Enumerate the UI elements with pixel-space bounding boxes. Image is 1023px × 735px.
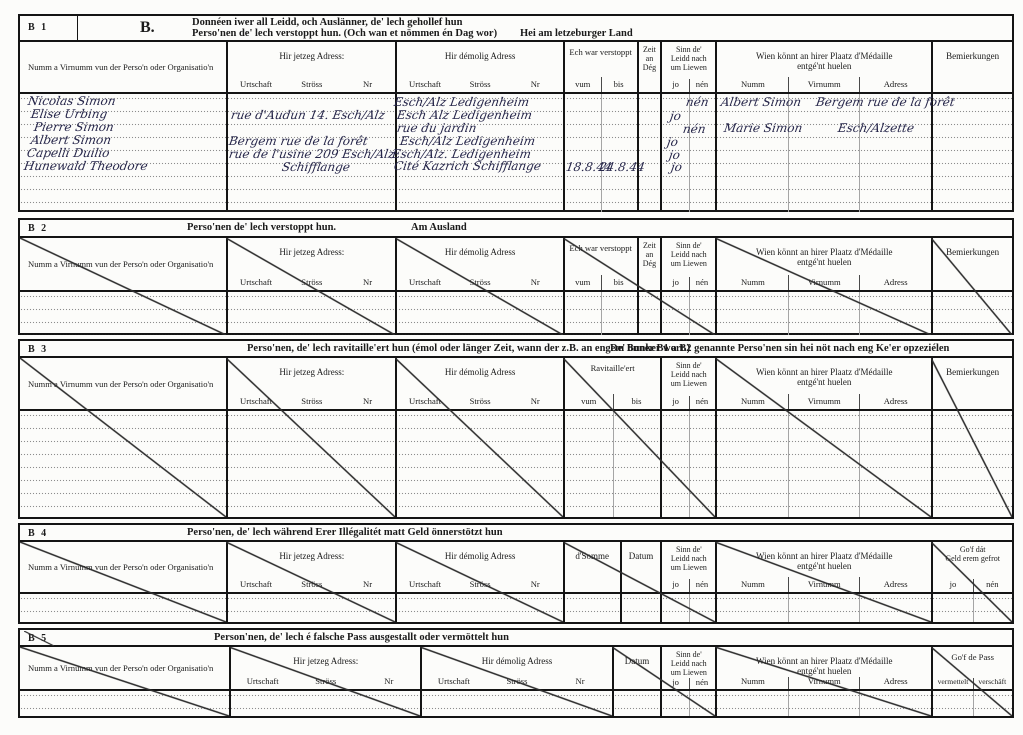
col-header-supplied-period: Ravitaille'ert vum bis	[563, 358, 661, 409]
col-header-alive: Sinn de' Leidd nach um Liewen jo nén	[660, 238, 715, 290]
divider	[601, 77, 602, 92]
sub-nr: Nr	[508, 579, 563, 589]
body-col-name	[20, 292, 226, 335]
col-label: Zeit an Dég	[639, 42, 661, 72]
col-label: Hir démolig Adress	[397, 238, 562, 257]
section-b2: B 2 Perso'nen de' lech verstoppt hun. Am…	[18, 218, 1014, 335]
sub-nen: nén	[689, 277, 715, 287]
sub-virnumm: Virnumm	[789, 676, 860, 686]
divider	[859, 594, 860, 622]
section-b4: B 4 Perso'nen, de' lech während Erer Ill…	[18, 523, 1014, 624]
col-header-remarks: Bemierkungen	[931, 358, 1012, 409]
body-col-money-returned	[931, 594, 1012, 622]
sub-virnumm: Virnumm	[789, 579, 860, 589]
sub-urtschaft: Urtschaft	[397, 277, 452, 287]
divider	[788, 394, 789, 409]
sub-urtschaft: Urtschaft	[228, 79, 284, 89]
sinn-line3: um Liewen	[662, 63, 715, 72]
divider	[859, 77, 860, 92]
sub-adress: Adress	[860, 579, 931, 589]
section-title: Perso'nen de' lech verstoppt hun.	[187, 222, 336, 233]
body-col-medal-recipient	[715, 94, 931, 212]
sinn-line2: Leidd nach	[662, 54, 715, 63]
col-label: Zeit an Dég	[639, 238, 661, 268]
sub-adress: Adress	[860, 396, 931, 406]
col-header-current-address: Hir jetzeg Adress: Urtschaft Ströss Nr	[226, 42, 395, 92]
col-header-pass-provided: Go'f de Pass vermettelt verschäft	[931, 647, 1012, 689]
handwritten-alive-no: nén	[682, 123, 706, 135]
body-col-alive	[660, 691, 715, 716]
handwritten-current-address: rue d'Audun 14. Esch/Alz	[230, 109, 386, 121]
col-label: Go'f de Pass	[933, 647, 1012, 662]
divider	[859, 94, 860, 212]
sub-nr: Nr	[549, 676, 612, 686]
handwritten-alive-yes: jo	[669, 110, 682, 122]
col-header-medal-recipient: Wien könnt an hirer Plaatz d'Médaille en…	[715, 647, 931, 689]
col-label: Hir jetzeg Adress:	[228, 42, 395, 61]
section-title-line1: Donnéen iwer all Leidd, och Auslänner, d…	[192, 17, 462, 28]
sub-nr: Nr	[340, 79, 396, 89]
col-header-name: Numm a Virnumm vun der Perso'n oder Orga…	[20, 647, 229, 689]
wien-line2: entgé'nt huelen	[717, 377, 931, 387]
body-col-days	[637, 94, 661, 212]
body-col-medal-recipient	[715, 292, 931, 335]
sub-numm: Numm	[717, 277, 788, 287]
col-sublabels: Urtschaft Ströss Nr	[397, 579, 562, 592]
scanned-form-page: B 1 B. Donnéen iwer all Leidd, och Auslä…	[0, 0, 1023, 735]
col-header-name: Numm a Virnumm vun der Perso'n oder Orga…	[20, 542, 226, 592]
sub-bis: bis	[601, 79, 637, 89]
col-label: Numm a Virnumm vun der Perso'n oder Orga…	[20, 358, 226, 409]
sub-jo: jo	[662, 677, 688, 687]
col-header-medal-recipient: Wien könnt an hirer Plaatz d'Médaille en…	[715, 42, 931, 92]
col-sublabels: Urtschaft Ströss Nr	[228, 79, 395, 92]
body-col-former-address	[395, 594, 562, 622]
col-label: Wien könnt an hirer Plaatz d'Médaille en…	[717, 647, 931, 676]
col-label: Hir jetzeg Adress:	[231, 647, 420, 666]
col-sublabels: Urtschaft Ströss Nr	[228, 277, 395, 290]
col-label: Hir démolig Adress	[397, 358, 562, 377]
b2-body	[20, 292, 1012, 335]
divider	[788, 577, 789, 592]
sinn-line3: um Liewen	[662, 668, 715, 677]
body-col-remarks	[931, 292, 1012, 335]
body-col-medal-recipient	[715, 594, 931, 622]
section-label: B 2	[28, 223, 48, 234]
divider	[601, 94, 602, 212]
divider	[973, 594, 974, 622]
wien-line2: entgé'nt huelen	[717, 561, 931, 571]
zeit-line1: Zeit	[639, 241, 661, 250]
section-subtitle: Am Ausland	[411, 222, 467, 233]
body-col-remarks	[931, 411, 1012, 517]
col-label: Hir jetzeg Adress:	[228, 358, 395, 377]
body-col-current-address	[226, 292, 395, 335]
sub-urtschaft: Urtschaft	[397, 396, 452, 406]
col-label: Wien könnt an hirer Plaatz d'Médaille en…	[717, 238, 931, 267]
sub-vermettelt: vermettelt	[933, 677, 972, 686]
divider	[973, 691, 974, 716]
wien-line1: Wien könnt an hirer Plaatz d'Médaille	[717, 551, 931, 561]
col-label: Ech war verstoppt	[565, 238, 637, 253]
handwritten-current-address: rue de l'usine 209 Esch/Alz	[228, 148, 395, 160]
col-header-medal-recipient: Wien könnt an hirer Plaatz d'Médaille en…	[715, 238, 931, 290]
body-col-alive	[660, 411, 715, 517]
col-label: Numm a Virnumm vun der Perso'n oder Orga…	[20, 647, 229, 689]
gof-line1: Go'f dát	[933, 545, 1012, 554]
sub-nr: Nr	[357, 676, 420, 686]
b4-body	[20, 594, 1012, 622]
col-label: Sinn de' Leidd nach um Liewen	[662, 647, 715, 677]
divider	[689, 594, 690, 622]
col-label: Hir démolig Adress	[397, 42, 562, 61]
col-header-former-address: Hir démolig Adress Urtschaft Ströss Nr	[395, 358, 562, 409]
divider	[689, 79, 690, 92]
section-b1: B 1 B. Donnéen iwer all Leidd, och Auslä…	[18, 14, 1014, 212]
section-b2-titlebar: B 2 Perso'nen de' lech verstoppt hun. Am…	[20, 220, 1012, 238]
sub-vum: vum	[565, 396, 613, 406]
col-sublabels: Urtschaft Ströss Nr	[397, 79, 562, 92]
sub-adress: Adress	[860, 277, 931, 287]
col-sublabels: Numm Virnumm Adress	[717, 579, 931, 592]
wien-line2: entgé'nt huelen	[717, 666, 931, 676]
sub-bis: bis	[601, 277, 637, 287]
col-sublabels: Urtschaft Ströss Nr	[422, 676, 611, 689]
col-label: Sinn de' Leidd nach um Liewen	[662, 42, 715, 72]
sub-stross: Ströss	[284, 277, 340, 287]
divider	[613, 394, 614, 409]
section-b1-titlebar: B 1 B. Donnéen iwer all Leidd, och Auslä…	[20, 16, 1012, 42]
handwritten-name: Capelli Duilio	[26, 147, 110, 159]
sub-nr: Nr	[340, 277, 396, 287]
zeit-line3: Dég	[639, 259, 661, 268]
col-header-days: Zeit an Dég	[637, 42, 661, 92]
b5-body	[20, 691, 1012, 716]
col-header-current-address: Hir jetzeg Adress: Urtschaft Ströss Nr	[229, 647, 420, 689]
col-header-alive: Sinn de' Leidd nach um Liewen jo nén	[660, 358, 715, 409]
col-header-former-address: Hir démolig Adress Urtschaft Ströss Nr	[395, 238, 562, 290]
col-header-name: Numm a Virnumm vun der Perso'n oder Orga…	[20, 358, 226, 409]
divider	[613, 411, 614, 517]
col-header-former-address: Hir démolig Adress Urtschaft Ströss Nr	[395, 542, 562, 592]
section-b5-titlebar: B 5 Person'nen, de' lech é falsche Pass …	[20, 630, 1012, 647]
handwritten-current-address: Schifflange	[281, 161, 351, 173]
sub-stross: Ströss	[485, 676, 548, 686]
b3-header-row: Numm a Virnumm vun der Perso'n oder Orga…	[20, 358, 1012, 411]
divider	[689, 678, 690, 689]
section-title: Perso'nen, de' lech während Erer Illégal…	[187, 527, 503, 538]
sub-vum: vum	[565, 79, 601, 89]
sub-urtschaft: Urtschaft	[397, 579, 452, 589]
body-col-medal-recipient	[715, 411, 931, 517]
gof-line2: Geld erem gefrot	[933, 554, 1012, 563]
col-header-amount: d'Somme	[563, 542, 620, 592]
divider	[859, 691, 860, 716]
sub-stross: Ströss	[284, 579, 340, 589]
divider	[77, 16, 78, 40]
handwritten-former-address: rue du jardin	[396, 122, 477, 134]
sub-stross: Ströss	[294, 676, 357, 686]
handwritten-name: Pierre Simon	[33, 121, 115, 133]
b5-header-row: Numm a Virnumm vun der Perso'n oder Orga…	[20, 647, 1012, 691]
col-sublabels: Urtschaft Ströss Nr	[397, 396, 562, 409]
sub-bis: bis	[613, 396, 661, 406]
col-label: d'Somme	[565, 542, 620, 561]
body-col-name	[20, 594, 226, 622]
sub-numm: Numm	[717, 676, 788, 686]
col-label: Bemierkungen	[933, 238, 1012, 257]
sinn-line2: Leidd nach	[662, 370, 715, 379]
b4-header-row: Numm a Virnumm vun der Perso'n oder Orga…	[20, 542, 1012, 594]
b1-header-row: Numm a Virnumm vun der Perso'n oder Orga…	[20, 42, 1012, 94]
sub-jo: jo	[662, 277, 688, 287]
col-sublabels: Numm Virnumm Adress	[717, 277, 931, 290]
sub-nr: Nr	[508, 79, 563, 89]
body-col-amount	[563, 594, 620, 622]
handwritten-medal-address: Bergem rue de la forêt	[815, 96, 956, 108]
divider	[788, 275, 789, 290]
col-label: Ravitaille'ert	[565, 358, 661, 373]
section-letter: B.	[140, 19, 155, 37]
sub-jo: jo	[662, 396, 688, 406]
wien-line1: Wien könnt an hirer Plaatz d'Médaille	[717, 51, 931, 61]
sub-virnumm: Virnumm	[789, 79, 860, 89]
col-sublabels: Numm Virnumm Adress	[717, 396, 931, 409]
col-label: Datum	[622, 542, 661, 561]
sub-nr: Nr	[508, 396, 563, 406]
col-header-name: Numm a Virnumm vun der Perso'n oder Orga…	[20, 238, 226, 290]
col-header-hidden-period: Ech war verstoppt vum bis	[563, 42, 637, 92]
col-header-current-address: Hir jetzeg Adress: Urtschaft Ströss Nr	[226, 358, 395, 409]
col-label: Ech war verstoppt	[565, 42, 637, 57]
sinn-line2: Leidd nach	[662, 554, 715, 563]
col-label: Wien könnt an hirer Plaatz d'Médaille en…	[717, 358, 931, 387]
sub-adress: Adress	[860, 676, 931, 686]
wien-line2: entgé'nt huelen	[717, 257, 931, 267]
section-title-line2: Perso'nen de' lech verstoppt hun. (Och w…	[192, 28, 497, 39]
section-note: De' önner B1 a B2 genannte Perso'nen sin…	[610, 343, 949, 354]
divider	[859, 394, 860, 409]
divider	[859, 577, 860, 592]
divider	[788, 292, 789, 335]
section-label: B 3	[28, 344, 48, 355]
handwritten-date-to: 24.8.44	[598, 161, 646, 173]
sub-urtschaft: Urtschaft	[397, 79, 452, 89]
col-header-name: Numm a Virnumm vun der Perso'n oder Orga…	[20, 42, 226, 92]
col-label: Wien könnt an hirer Plaatz d'Médaille en…	[717, 42, 931, 71]
col-header-hidden-period: Ech war verstoppt vum bis	[563, 238, 637, 290]
sinn-line2: Leidd nach	[662, 659, 715, 668]
body-col-days	[637, 292, 661, 335]
sinn-line1: Sinn de'	[662, 650, 715, 659]
col-header-date: Datum	[612, 647, 661, 689]
sub-jo: jo	[662, 79, 688, 89]
wien-line1: Wien könnt an hirer Plaatz d'Médaille	[717, 247, 931, 257]
col-label: Numm a Virnumm vun der Perso'n oder Orga…	[20, 542, 226, 592]
section-title-line3: Hei am letzeburger Land	[520, 28, 633, 39]
divider	[859, 292, 860, 335]
col-sublabels: Urtschaft Ströss Nr	[231, 676, 420, 689]
sub-nen: nén	[689, 579, 715, 589]
handwritten-name: Elise Urbing	[30, 108, 108, 120]
divider	[601, 292, 602, 335]
handwritten-former-address: Cité Kazrich Schifflange	[393, 160, 542, 172]
body-col-hidden-period	[563, 94, 637, 212]
handwritten-medal-name: Albert Simon	[720, 96, 802, 108]
b3-body	[20, 411, 1012, 517]
section-b3-titlebar: B 3 Perso'nen, de' lech ravitaille'ert h…	[20, 341, 1012, 358]
sinn-line3: um Liewen	[662, 563, 715, 572]
handwritten-current-address: Bergem rue de la forêt	[228, 135, 369, 147]
body-col-alive	[660, 292, 715, 335]
col-label: Numm a Virnumm vun der Perso'n oder Orga…	[20, 42, 226, 92]
sub-nen: nén	[689, 677, 715, 687]
section-label: B 4	[28, 528, 48, 539]
wien-line1: Wien könnt an hirer Plaatz d'Médaille	[717, 367, 931, 377]
handwritten-medal-name: Marie Simon	[723, 122, 803, 134]
col-sublabels: Urtschaft Ströss Nr	[228, 396, 395, 409]
handwritten-name: Hunewald Theodore	[23, 160, 148, 172]
col-header-current-address: Hir jetzeg Adress: Urtschaft Ströss Nr	[226, 238, 395, 290]
col-label: Sinn de' Leidd nach um Liewen	[662, 358, 715, 388]
sub-stross: Ströss	[284, 396, 340, 406]
col-header-alive: Sinn de' Leidd nach um Liewen jo nén	[660, 42, 715, 92]
sinn-line1: Sinn de'	[662, 241, 715, 250]
divider	[788, 677, 789, 689]
sub-numm: Numm	[717, 79, 788, 89]
col-label: Numm a Virnumm vun der Perso'n oder Orga…	[20, 238, 226, 290]
zeit-line3: Dég	[639, 63, 661, 72]
body-col-name	[20, 691, 229, 716]
section-label: B 5	[28, 633, 48, 644]
body-col-pass-provided	[931, 691, 1012, 716]
body-col-former-address	[395, 411, 562, 517]
sub-urtschaft: Urtschaft	[231, 676, 294, 686]
body-col-remarks	[931, 94, 1012, 212]
divider	[859, 275, 860, 290]
sinn-line1: Sinn de'	[662, 545, 715, 554]
sinn-line3: um Liewen	[662, 379, 715, 388]
wien-line1: Wien könnt an hirer Plaatz d'Médaille	[717, 656, 931, 666]
sub-stross: Ströss	[453, 579, 508, 589]
divider	[788, 94, 789, 212]
col-label: Hir démolig Adress	[397, 542, 562, 561]
section-b3: B 3 Perso'nen, de' lech ravitaille'ert h…	[18, 339, 1014, 519]
sinn-line3: um Liewen	[662, 259, 715, 268]
handwritten-former-address: Esch Alz Ledigenheim	[396, 109, 533, 121]
sub-nr: Nr	[340, 396, 396, 406]
sub-nen: nén	[973, 579, 1012, 589]
col-sublabels: Numm Virnumm Adress	[717, 676, 931, 689]
sub-urtschaft: Urtschaft	[228, 277, 284, 287]
sub-virnumm: Virnumm	[789, 277, 860, 287]
sub-numm: Numm	[717, 579, 788, 589]
divider	[973, 579, 974, 592]
handwritten-name: Albert Simon	[30, 134, 112, 146]
section-b5: B 5 Person'nen, de' lech é falsche Pass …	[18, 628, 1014, 718]
sub-virnumm: Virnumm	[789, 396, 860, 406]
handwritten-alive-yes: jo	[666, 136, 679, 148]
sub-nen: nén	[689, 396, 715, 406]
divider	[859, 677, 860, 689]
col-label: Wien könnt an hirer Plaatz d'Médaille en…	[717, 542, 931, 571]
sinn-line1: Sinn de'	[662, 45, 715, 54]
sub-stross: Ströss	[453, 79, 508, 89]
col-label: Sinn de' Leidd nach um Liewen	[662, 238, 715, 268]
zeit-line1: Zeit	[639, 45, 661, 54]
body-col-former-address	[395, 292, 562, 335]
zeit-line2: an	[639, 54, 661, 63]
col-header-former-address: Hir démolig Adress Urtschaft Ströss Nr	[395, 42, 562, 92]
col-label: Sinn de' Leidd nach um Liewen	[662, 542, 715, 572]
section-label: B 1	[28, 22, 48, 33]
handwritten-former-address: Esch/Alz Ledigenheim	[393, 96, 530, 108]
sub-stross: Ströss	[453, 277, 508, 287]
col-header-alive: Sinn de' Leidd nach um Liewen jo nén	[660, 647, 715, 689]
divider	[601, 275, 602, 290]
sub-stross: Ströss	[284, 79, 340, 89]
zeit-line2: an	[639, 250, 661, 259]
col-header-current-address: Hir jetzeg Adress: Urtschaft Ströss Nr	[226, 542, 395, 592]
sub-nr: Nr	[508, 277, 563, 287]
body-col-current-address	[226, 594, 395, 622]
col-header-date: Datum	[620, 542, 661, 592]
col-label: Bemierkungen	[933, 42, 1012, 61]
col-header-remarks: Bemierkungen	[931, 42, 1012, 92]
body-col-hidden-period	[563, 292, 637, 335]
body-col-name	[20, 411, 226, 517]
b1-body: Nicolas Simon Elise Urbing Pierre Simon …	[20, 94, 1012, 212]
handwritten-name: Nicolas Simon	[27, 95, 117, 107]
handwritten-medal-address: Esch/Alzette	[837, 122, 915, 134]
body-col-current-address	[229, 691, 420, 716]
body-col-medal-recipient	[715, 691, 931, 716]
col-sublabels: Numm Virnumm Adress	[717, 79, 931, 92]
col-header-remarks: Bemierkungen	[931, 238, 1012, 290]
sub-jo: jo	[662, 579, 688, 589]
divider	[689, 579, 690, 592]
col-label: Datum	[614, 647, 661, 666]
body-col-date	[620, 594, 661, 622]
section-title: Person'nen, de' lech é falsche Pass ausg…	[214, 632, 509, 643]
handwritten-former-address: Esch/Alz Ledigenheim	[399, 135, 536, 147]
col-header-former-address: Hir démolig Adress Urtschaft Ströss Nr	[420, 647, 611, 689]
divider	[973, 678, 974, 689]
col-label: Go'f dát Geld erem gefrot	[933, 542, 1012, 563]
divider	[788, 594, 789, 622]
divider	[859, 411, 860, 517]
col-label: Hir jetzeg Adress:	[228, 542, 395, 561]
col-label: Hir jetzeg Adress:	[228, 238, 395, 257]
col-sublabels: Urtschaft Ströss Nr	[397, 277, 562, 290]
body-col-alive	[660, 594, 715, 622]
col-header-medal-recipient: Wien könnt an hirer Plaatz d'Médaille en…	[715, 358, 931, 409]
divider	[689, 396, 690, 409]
col-sublabels: Urtschaft Ströss Nr	[228, 579, 395, 592]
col-label: Hir démolig Adress	[422, 647, 611, 666]
handwritten-alive-yes: jo	[670, 161, 683, 173]
wien-line2: entgé'nt huelen	[717, 61, 931, 71]
sub-verschaft: verschäft	[973, 677, 1012, 686]
divider	[689, 277, 690, 290]
sub-stross: Ströss	[453, 396, 508, 406]
handwritten-alive-no: nén	[685, 96, 709, 108]
body-col-former-address	[420, 691, 611, 716]
body-col-current-address	[226, 411, 395, 517]
sub-urtschaft: Urtschaft	[228, 396, 284, 406]
body-col-date	[612, 691, 661, 716]
sinn-line1: Sinn de'	[662, 361, 715, 370]
